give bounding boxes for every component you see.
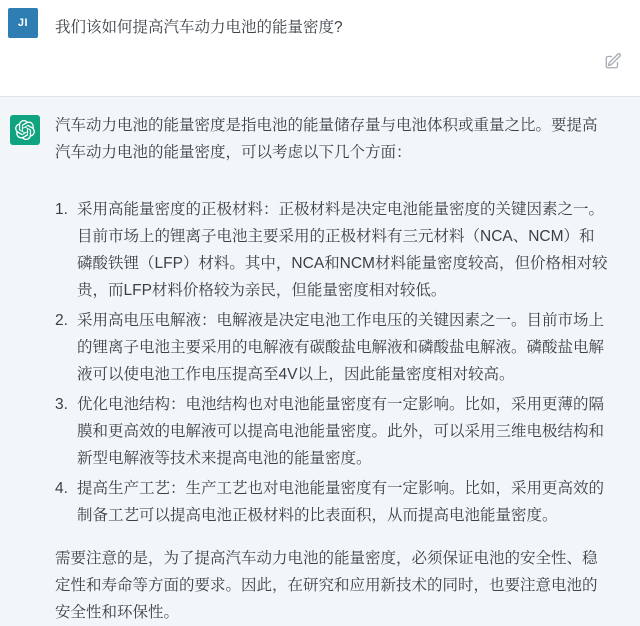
list-item-number: 2. [55, 307, 77, 388]
list-item-number: 1. [55, 196, 77, 304]
assistant-message-content: 汽车动力电池的能量密度是指电池的能量储存量与电池体积或重量之比。要提高汽车动力电… [55, 112, 608, 626]
assistant-avatar [10, 115, 40, 145]
openai-logo-icon [15, 120, 35, 140]
user-message-text: 我们该如何提高汽车动力电池的能量密度? [55, 14, 580, 41]
assistant-outro-paragraph: 需要注意的是，为了提高汽车动力电池的能量密度，必须保证电池的安全性、稳定性和寿命… [55, 545, 608, 626]
list-item: 3. 优化电池结构：电池结构也对电池能量密度有一定影响。比如，采用更薄的隔膜和更… [55, 391, 608, 472]
list-item: 1. 采用高能量密度的正极材料：正极材料是决定电池能量密度的关键因素之一。目前市… [55, 196, 608, 304]
list-item-text: 优化电池结构：电池结构也对电池能量密度有一定影响。比如，采用更薄的隔膜和更高效的… [77, 391, 608, 472]
list-item: 4. 提高生产工艺：生产工艺也对电池能量密度有一定影响。比如，采用更高效的制备工… [55, 475, 608, 529]
assistant-intro-paragraph: 汽车动力电池的能量密度是指电池的能量储存量与电池体积或重量之比。要提高汽车动力电… [55, 112, 608, 166]
assistant-message-row: 汽车动力电池的能量密度是指电池的能量储存量与电池体积或重量之比。要提高汽车动力电… [0, 96, 640, 626]
list-item: 2. 采用高电压电解液：电解液是决定电池工作电压的关键因素之一。目前市场上的锂离… [55, 307, 608, 388]
user-message-row: JI 我们该如何提高汽车动力电池的能量密度? [0, 0, 640, 96]
user-avatar: JI [8, 8, 38, 38]
assistant-numbered-list: 1. 采用高能量密度的正极材料：正极材料是决定电池能量密度的关键因素之一。目前市… [55, 196, 608, 529]
list-item-text: 提高生产工艺：生产工艺也对电池能量密度有一定影响。比如，采用更高效的制备工艺可以… [77, 475, 608, 529]
chat-thread: JI 我们该如何提高汽车动力电池的能量密度? 汽车动力电池的能量密度是指电池的能… [0, 0, 640, 626]
list-item-text: 采用高电压电解液：电解液是决定电池工作电压的关键因素之一。目前市场上的锂离子电池… [77, 307, 608, 388]
edit-message-button[interactable] [603, 51, 623, 71]
list-item-text: 采用高能量密度的正极材料：正极材料是决定电池能量密度的关键因素之一。目前市场上的… [77, 196, 608, 304]
list-item-number: 3. [55, 391, 77, 472]
pencil-square-icon [604, 52, 622, 70]
list-item-number: 4. [55, 475, 77, 529]
